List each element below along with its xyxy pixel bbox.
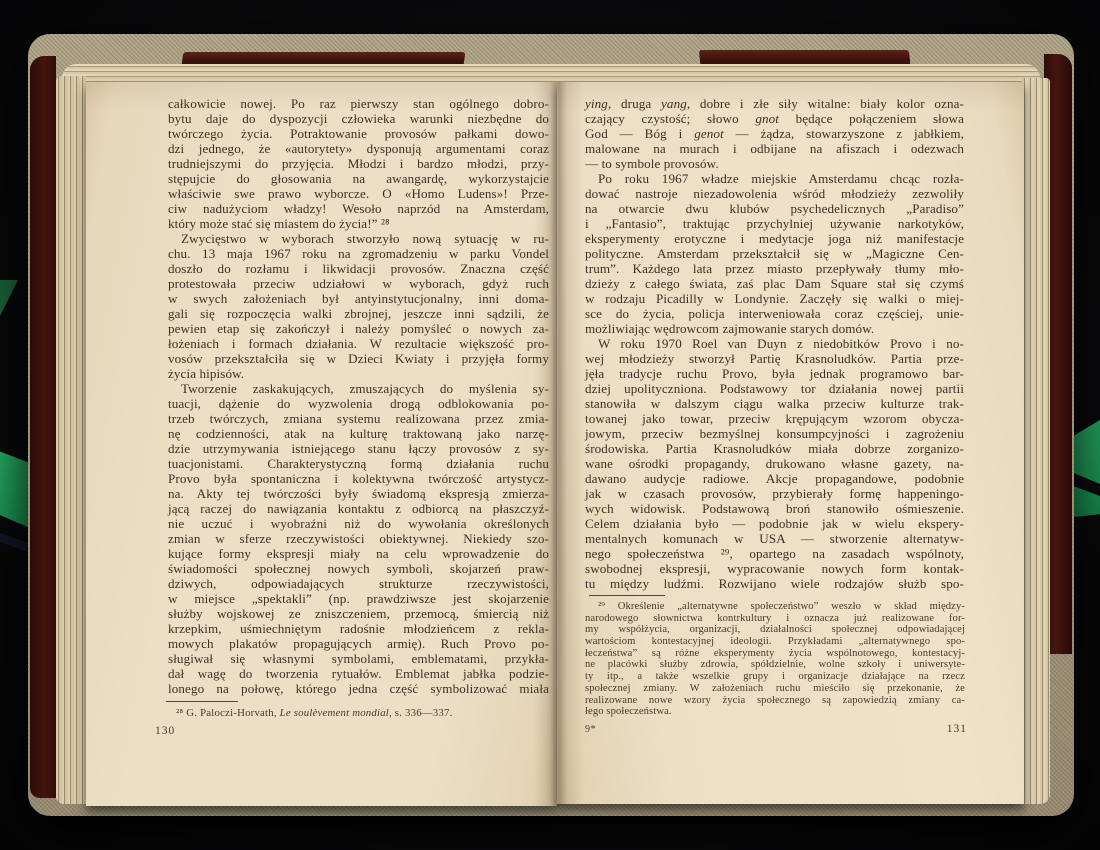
text-line: trum”. Każdego lata przez miasto przepły… [585,261,964,276]
text-line: jak w czasach provosów, przybierały form… [585,486,964,501]
text-line: dzi jednego, że «autorytety» dysponują a… [168,141,549,156]
right-page: ying, druga yang, dobre i złe siły wital… [557,82,1024,804]
text-line: towanej jako towar, przeciw krępującym w… [585,411,964,426]
text-line: łożeniach i formach działania. W rezulta… [168,336,549,351]
text-line: bytu daje do dyspozycji człowieka warunk… [168,111,549,126]
signature-mark: 9* [585,724,596,735]
text-line: Po roku 1967 władze miejskie Amsterdamu … [585,171,964,186]
text-line: kujące formy ekspresji miały na celu wpr… [168,546,549,561]
text-line: krzepkim, uśmiechniętym radośnie młodzie… [168,621,549,636]
text-line: Zwycięstwo w wyborach stworzyło nową syt… [168,231,549,246]
right-page-number: 131 [947,723,967,735]
text-line: trzeb twórczych, zmiana systemu realizow… [168,411,549,426]
text-line: — to symbole provosów. [585,156,964,171]
text-line: w miejsce „spektakli” (np. prawdziwsze j… [168,591,549,606]
text-line: polityczne. Amsterdam przekształcił się … [585,246,964,261]
text-line: doszło do rozłamu i likwidacji provosów.… [168,261,549,276]
text-line: stanowiła w dalszym ciągu walka przeciw … [585,396,964,411]
right-footnote: ²⁹ Określenie „alternatywne społeczeństw… [585,601,965,718]
text-line: dzie utrzymywania istniejącego stanu łąc… [168,441,549,456]
text-line: i „Fantasio”, traktując przychylniej uży… [585,216,964,231]
text-line: na. Akty tej twórczości były świadomą ek… [168,486,549,501]
text-line: protestowała przeciw udziałowi w wyborac… [168,276,549,291]
photo-background: całkowicie nowej. Po raz pierwszy stan o… [0,0,1100,850]
text-line: ciw nadużyciom władzy! Wesoło naprzód na… [168,201,549,216]
text-line: trudniejszymi do przyjęcia. Młodzi i bar… [168,156,549,171]
text-line: dziwych, odpowiadających strukturze rzec… [168,576,549,591]
text-line: Tworzenie zaskakujących, zmuszających do… [168,381,549,396]
text-line: narodowego słownictwa kontrkultury i ozn… [585,613,965,625]
text-line: ne placówki służby zdrowia, spółdzielnie… [585,659,965,671]
text-line: wane ośrodki propagandy, drukowano własn… [585,456,964,471]
text-line: pewien etap się zakończył i należy pomyś… [168,321,549,336]
text-line: lonego na połowę, którego jedna część sy… [168,681,549,696]
text-line: na otwarcie dwu klubów psychedelicznych … [585,201,964,216]
text-line: nie uczuć i wyobraźni niż do wywołania o… [168,516,549,531]
text-line: życia hipisów. [168,366,549,381]
ribbon-left-dark-wedge [0,280,18,316]
text-line: wartościom kontestacyjnej ideologii. Prz… [585,636,965,648]
text-line: łeczeństwa” są różne eksperymenty życia … [585,648,965,660]
text-line: czający czystość; słowo gnot będące połą… [585,111,964,126]
text-line: malowane na murach i odbijane na afiszac… [585,141,964,156]
text-line: nę codzienności, atak na kulturę traktow… [168,426,549,441]
text-line: W roku 1970 Roel van Duyn z niedobitków … [585,336,964,351]
left-footnote: ²⁸ G. Paloczi-Horvath, Le soulèvement mo… [176,707,551,719]
page-edges-left [56,76,86,804]
text-line: realizowane nowe wzory życia społecznego… [585,695,965,707]
text-line: tu między ludźmi. Rozwijano wiele rodzaj… [585,576,964,591]
text-line: stępujcie do głosowania na awangardę, wy… [168,171,549,186]
text-line: jącą raczej do nawiązania kontaktu z odb… [168,501,549,516]
text-line: dzieży z całego świata, zaś plac Dam Squ… [585,276,964,291]
right-footnote-rule [589,595,665,596]
text-line: wych widowisk. Podstawową broń stanowiło… [585,501,964,516]
text-line: całkowicie nowej. Po raz pierwszy stan o… [168,96,549,111]
text-line: wej młodzieży stworzył Partię Krasnoludk… [585,351,964,366]
text-line: dować nastroje niezadowolenia wśród młod… [585,186,964,201]
text-line: jęła tradycje ruchu Provo, była jednak p… [585,366,964,381]
text-line: twórczego życia. Potraktowanie provosów … [168,126,549,141]
text-line: ty itp., a także wszelkie grupy i organi… [585,671,965,683]
text-line: mentalnych komunach w USA — stworzenie a… [585,531,964,546]
text-line: w swych założeniach był antyinstytucjona… [168,291,549,306]
text-line: zmian w sferze rzeczywistości obiektywne… [168,531,549,546]
text-line: łego społeczeństwa. [585,706,965,718]
text-line: my współżycia, organizacji, działalności… [585,624,965,636]
text-line: tuacjonistami. Charakterystyczną formą d… [168,456,549,471]
right-page-text: ying, druga yang, dobre i złe siły wital… [585,96,964,591]
left-footnote-rule [166,701,238,702]
text-line: swobodnej ekspresji, wypracowanie nowych… [585,561,964,576]
text-line: możliwiając wędrowcom zajmowanie starych… [585,321,964,336]
text-line: jowym, przeciw bezmyślnej konsumpcyjnośc… [585,426,964,441]
text-line: Provo była spontaniczna i kolektywna twó… [168,471,549,486]
text-line: vosów przekształciła się w Dzieci Kwiaty… [168,351,549,366]
cover-leather-left-edge [30,56,56,798]
text-line: gali się rozpoczęcia walki zbrojnej, jes… [168,306,549,321]
text-line: nego społeczeństwa ²⁹, opartego na zasad… [585,546,964,561]
page-edges-right [1022,78,1050,804]
text-line: mowych plakatów propagujących armię). Ru… [168,636,549,651]
right-page-footer: 9* 131 [585,723,967,735]
text-line: służby wojskowej ze zniszczeniem, przemo… [168,606,549,621]
text-line: Celem działania było — podobnie jak w wi… [585,516,964,531]
text-line: dziej upolityczniona. Podstawowy tor dzi… [585,381,964,396]
text-line: dał wagę do tworzenia rytuałów. Emblemat… [168,666,549,681]
text-line: chu. 13 maja 1967 roku na zgromadzeniu w… [168,246,549,261]
text-line: właściwie swe prawo wyborcze. O «Homo Lu… [168,186,549,201]
text-line: ²⁹ Określenie „alternatywne społeczeństw… [585,601,965,613]
text-line: dawano audycje radiowe. Akcje propagando… [585,471,964,486]
text-line: który może stać się miastem do życia!” ²… [168,216,549,231]
text-line: środowiska. Partia Krasnoludków miała do… [585,441,964,456]
left-page-text: całkowicie nowej. Po raz pierwszy stan o… [168,96,549,696]
text-line: ying, druga yang, dobre i złe siły wital… [585,96,964,111]
text-line: sługiwał się własnymi symbolami, emblema… [168,651,549,666]
text-line: w rodzaju Picadilly w Londynie. Zaczęły … [585,291,964,306]
left-page-number: 130 [155,725,175,737]
text-line: tuacji, dążenie do wyzwolenia drogą odbl… [168,396,549,411]
text-line: świadomości społecznej nowych symboli, s… [168,561,549,576]
left-page: całkowicie nowej. Po raz pierwszy stan o… [86,82,557,806]
text-line: społecznej zmiany. W założeniach ruchu m… [585,683,965,695]
text-line: eksperymenty erotyczne i medytacje joga … [585,231,964,246]
text-line: sce do życia, policja interweniowała cor… [585,306,964,321]
text-line: God — Bóg i genot — żądza, stowarzyszone… [585,126,964,141]
